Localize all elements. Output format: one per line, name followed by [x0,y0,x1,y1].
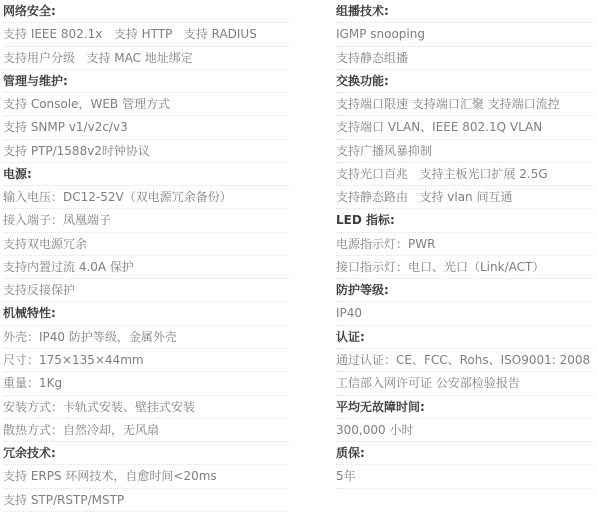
spec-row: 支持 SNMP v1/v2c/v3 [3,116,290,139]
spec-row: 支持静态组播 [336,47,594,70]
spec-row: 支持光口百兆 支持主板光口扩展 2.5G [336,163,594,186]
spec-section-header: 冗余技术: [3,442,290,465]
spec-row: 支持 PTP/1588v2时钟协议 [3,140,290,163]
spec-sheet: 网络安全:支持 IEEE 802.1x 支持 HTTP 支持 RADIUS支持用… [0,0,597,512]
spec-row: 尺寸：175×135×44mm [3,349,290,372]
spec-row: 支持 Console，WEB 管理方式 [3,93,290,116]
spec-section-header: 机械特性: [3,302,290,325]
spec-row: 接入端子：凤凰端子 [3,209,290,232]
spec-row: 支持 STP/RSTP/MSTP [3,489,290,512]
spec-row: 300,000 小时 [336,419,594,442]
spec-row: 支持 IEEE 802.1x 支持 HTTP 支持 RADIUS [3,23,290,46]
spec-row: 工信部入网许可证 公安部检验报告 [336,372,594,395]
spec-section-header: 认证: [336,326,594,349]
spec-row: IGMP snooping [336,23,594,46]
spec-row: 支持双电源冗余 [3,233,290,256]
spec-row: 支持反接保护 [3,279,290,302]
spec-row: 通过认证：CE、FCC、Rohs、ISO9001: 2008 [336,349,594,372]
spec-row: 支持用户分级 支持 MAC 地址绑定 [3,47,290,70]
spec-row: 外壳：IP40 防护等级，金属外壳 [3,326,290,349]
spec-row: 支持 ERPS 环网技术，自愈时间<20ms [3,465,290,488]
spec-section-header: 网络安全: [3,0,290,23]
spec-section-header: 质保: [336,442,594,465]
spec-row: 电源指示灯：PWR [336,233,594,256]
spec-row: 支持静态路由 支持 vlan 间互通 [336,186,594,209]
spec-row: 接口指示灯：电口、光口（Link/ACT） [336,256,594,279]
spec-column-right: 组播技术:IGMP snooping支持静态组播交换功能:支持端口限速 支持端口… [336,0,594,489]
spec-row: 支持端口 VLAN、IEEE 802.1Q VLAN [336,116,594,139]
spec-column-left: 网络安全:支持 IEEE 802.1x 支持 HTTP 支持 RADIUS支持用… [3,0,290,512]
spec-section-header: LED 指标: [336,209,594,232]
spec-section-header: 交换功能: [336,70,594,93]
spec-row: 支持内置过流 4.0A 保护 [3,256,290,279]
spec-section-header: 防护等级: [336,279,594,302]
spec-section-header: 组播技术: [336,0,594,23]
spec-row: 安装方式：卡轨式安装、壁挂式安装 [3,396,290,419]
spec-row: IP40 [336,302,594,325]
spec-row: 输入电压：DC12-52V（双电源冗余备份） [3,186,290,209]
spec-row: 支持广播风暴抑制 [336,140,594,163]
spec-section-header: 电源: [3,163,290,186]
spec-row: 散热方式：自然冷却，无风扇 [3,419,290,442]
spec-row: 重量：1Kg [3,372,290,395]
spec-section-header: 平均无故障时间: [336,396,594,419]
spec-row: 支持端口限速 支持端口汇聚 支持端口流控 [336,93,594,116]
spec-row: 5年 [336,465,594,488]
spec-section-header: 管理与维护: [3,70,290,93]
